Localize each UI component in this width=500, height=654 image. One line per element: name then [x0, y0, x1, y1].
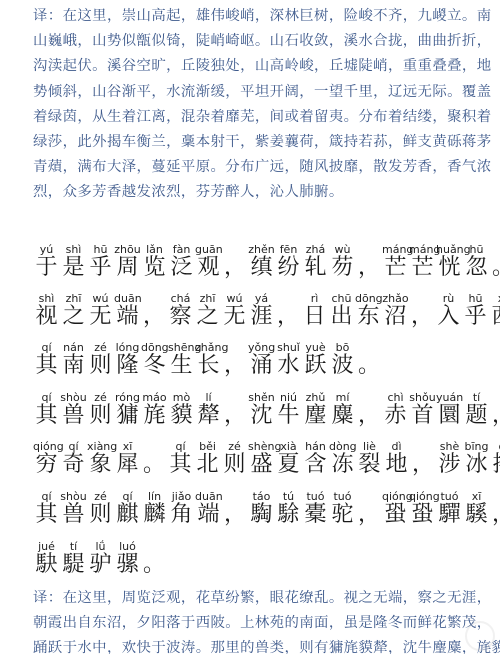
verse-character: shòu兽	[60, 490, 87, 527]
hanzi-character: 冻	[329, 453, 356, 477]
verse-character: yá涯	[248, 292, 275, 329]
verse-punctuation: ，	[141, 292, 167, 329]
verse-character: qí其	[33, 490, 60, 527]
hanzi-character: 揭	[490, 453, 500, 477]
hanzi-character: 无	[221, 305, 248, 329]
verse-character: wù芴	[329, 243, 356, 280]
verse-character: zhěn缜	[248, 243, 275, 280]
translation-line: 势倾斜，山谷渐平，水流渐缓，平坦开阔，一望千里，辽远无际。覆盖	[33, 80, 473, 105]
verse-character: qí其	[33, 391, 60, 428]
hanzi-character: 隆	[114, 354, 141, 378]
verse-punctuation: ，	[275, 292, 301, 329]
verse-line: qí其shòu兽zé则róng㺎máo旄mò貘lí犛，shěn沈niú牛zhǔ麈…	[33, 391, 500, 428]
watermark-logo	[440, 614, 500, 654]
translation-line: 译：在这里，周览泛观，花草纷繁，眼花缭乱。视之无端，察之无涯，	[33, 586, 473, 611]
verse-character: xiàng象	[87, 440, 114, 477]
verse-character: dòng冻	[329, 440, 356, 477]
verse-character: rù入	[435, 292, 462, 329]
hanzi-character: 轧	[302, 256, 329, 280]
hanzi-character: 长	[195, 354, 222, 378]
hanzi-character: 㺎	[114, 404, 141, 428]
verse-character: shòu兽	[60, 391, 87, 428]
verse-character: mí麋	[329, 391, 356, 428]
verse-character: wú无	[87, 292, 114, 329]
hanzi-character: 端	[114, 305, 141, 329]
verse-character: bīng冰	[463, 440, 490, 477]
verse-line: yú于shì是hū乎zhōu周lǎn览fàn泛guān观，zhěn缜fēn纷zh…	[33, 243, 500, 280]
verse-character: zhōu周	[114, 243, 141, 280]
verse-character: tí题	[463, 391, 490, 428]
hanzi-character: 览	[141, 256, 168, 280]
hanzi-character: ，	[356, 256, 382, 280]
hanzi-character: 端	[195, 503, 222, 527]
hanzi-character: 入	[435, 305, 462, 329]
verse-punctuation: ，	[222, 391, 248, 428]
verse-character: lín麟	[141, 490, 168, 527]
translation-line: 译：在这里，崇山高起，雄伟峻峭，深林巨树，险峻不齐，九嵕立。南	[33, 4, 473, 29]
verse-character: xià夏	[275, 440, 302, 477]
hanzi-character: 视	[33, 305, 60, 329]
translation-line: 着绿茵，从生着江离，混杂着靡芜，间或着留夷。分布着结缕，聚积着	[33, 105, 473, 130]
hanzi-character: 则	[87, 354, 114, 378]
hanzi-character: 观	[195, 256, 222, 280]
verse-character: rì日	[301, 292, 328, 329]
hanzi-character: ，	[410, 453, 436, 477]
verse-character: shì是	[60, 243, 87, 280]
verse-character: zhǎng长	[195, 341, 222, 378]
translation-line: 朝霞出自东沼，夕阳落于西陂。上林苑的南面，虽是隆冬而鲜花繁茂，	[33, 611, 473, 636]
verse-character: qí麒	[114, 490, 141, 527]
verse-character: chì赤	[382, 391, 409, 428]
hanzi-character: 其	[33, 354, 60, 378]
hanzi-character: 。	[490, 256, 500, 280]
hanzi-character: 赤	[382, 404, 409, 428]
hanzi-character: 泛	[168, 256, 195, 280]
verse-character: hán含	[302, 440, 329, 477]
verse-character: xī犀	[114, 440, 141, 477]
verse-character: shè涉	[436, 440, 463, 477]
hanzi-character: 夏	[275, 453, 302, 477]
hanzi-character: 貘	[168, 404, 195, 428]
hanzi-character: 驒	[436, 503, 463, 527]
verse-character: bō波	[329, 341, 356, 378]
verse-character: táo騊	[248, 490, 275, 527]
hanzi-character: 是	[60, 256, 87, 280]
hanzi-character: 驼	[329, 503, 356, 527]
verse-character: qí其	[33, 341, 60, 378]
verse-character: zé则	[87, 490, 114, 527]
hanzi-character: 麒	[114, 503, 141, 527]
hanzi-character: 牛	[275, 404, 302, 428]
hanzi-character: 忽	[463, 256, 490, 280]
hanzi-character: 。	[141, 453, 167, 477]
verse-punctuation: ，	[222, 243, 248, 280]
hanzi-character: 旄	[141, 404, 168, 428]
verse-punctuation: ，	[222, 490, 248, 527]
verse-character: zhī之	[194, 292, 221, 329]
verse-punctuation: ，	[222, 341, 248, 378]
translation-line: 踊跃于水中，欢快于波涛。那里的兽类，则有㺎旄貘犛，沈牛麈麋，旄貘	[33, 636, 473, 654]
hanzi-character: 之	[194, 305, 221, 329]
verse-character: zhá轧	[302, 243, 329, 280]
hanzi-character: 则	[221, 453, 248, 477]
hanzi-character: ，	[141, 305, 167, 329]
hanzi-character: 西	[489, 305, 500, 329]
hanzi-character: ，	[356, 404, 382, 428]
verse-line: qí其nán南zé则lóng隆dōng冬shēng生zhǎng长，yǒng涌sh…	[33, 341, 382, 378]
hanzi-character: 其	[167, 453, 194, 477]
document-page: 译：在这里，崇山高起，雄伟峻峭，深林巨树，险峻不齐，九嵕立。南 山巍峨，山势似甑…	[0, 0, 500, 654]
verse-line: qí其shòu兽zé则qí麒lín麟jiǎo角duān端，táo騊tú駼tuó橐…	[33, 490, 500, 527]
hanzi-character: 冰	[463, 453, 490, 477]
verse-character: duān端	[195, 490, 222, 527]
verse-character: qì揭	[490, 440, 500, 477]
hanzi-character: 芒	[409, 256, 436, 280]
hanzi-character: ，	[222, 256, 248, 280]
verse-character: qióng穷	[33, 440, 60, 477]
hanzi-character: 橐	[302, 503, 329, 527]
hanzi-character: 麈	[302, 404, 329, 428]
verse-character: liè裂	[356, 440, 383, 477]
verse-character: tuó驼	[329, 490, 356, 527]
verse-character: shěn沈	[248, 391, 275, 428]
verse-character: hū乎	[462, 292, 489, 329]
hanzi-character: 北	[194, 453, 221, 477]
hanzi-character: 于	[33, 256, 60, 280]
verse-character: qí奇	[60, 440, 87, 477]
verse-character: tí騠	[60, 540, 87, 577]
hanzi-character: 騱	[463, 503, 490, 527]
verse-character: dì地	[383, 440, 410, 477]
verse-punctuation: ，	[409, 292, 435, 329]
verse-character: shì视	[33, 292, 60, 329]
hanzi-character: 兽	[60, 404, 87, 428]
hanzi-character: 裂	[356, 453, 383, 477]
verse-character: nán南	[60, 341, 87, 378]
verse-character: fēn纷	[275, 243, 302, 280]
verse-character: chá察	[167, 292, 194, 329]
hanzi-character: ，	[222, 354, 248, 378]
verse-character: lóng隆	[114, 341, 141, 378]
hanzi-character: ，	[409, 305, 435, 329]
translation-line: 烈，众多芳香越发浓烈，芬芳醉人，沁人肺腑。	[33, 180, 473, 205]
verse-character: tuó驒	[436, 490, 463, 527]
hanzi-character: 麟	[141, 503, 168, 527]
verse-character: dōng冬	[141, 341, 168, 378]
hanzi-character: 騊	[248, 503, 275, 527]
verse-character: zé则	[221, 440, 248, 477]
verse-character: zé则	[87, 391, 114, 428]
verse-punctuation: ，	[490, 490, 500, 527]
hanzi-character: 蛩	[382, 503, 409, 527]
hanzi-character: 芴	[329, 256, 356, 280]
hanzi-character: 駼	[275, 503, 302, 527]
verse-character: mò貘	[168, 391, 195, 428]
verse-punctuation: 。	[356, 341, 382, 378]
hanzi-character: 周	[114, 256, 141, 280]
hanzi-character: 芒	[382, 256, 409, 280]
verse-line: jué駃tí騠lǘ驴luó骡。	[33, 540, 167, 577]
hanzi-character: 盛	[248, 453, 275, 477]
hanzi-character: 东	[355, 305, 382, 329]
hanzi-character: 涌	[248, 354, 275, 378]
hanzi-character: ，	[222, 503, 248, 527]
hanzi-character: 纷	[275, 256, 302, 280]
verse-character: zhǔ麈	[302, 391, 329, 428]
hanzi-character: 其	[33, 503, 60, 527]
hanzi-character: 波	[329, 354, 356, 378]
verse-character: róng㺎	[114, 391, 141, 428]
hanzi-character: 南	[60, 354, 87, 378]
verse-punctuation: ，	[356, 391, 382, 428]
verse-character: tú駼	[275, 490, 302, 527]
verse-punctuation: 。	[490, 243, 500, 280]
translation-paragraph-top: 译：在这里，崇山高起，雄伟峻峭，深林巨树，险峻不齐，九嵕立。南 山巍峨，山势似甑…	[33, 4, 473, 206]
translation-paragraph-bottom: 译：在这里，周览泛观，花草纷繁，眼花缭乱。视之无端，察之无涯， 朝霞出自东沼，夕…	[33, 586, 473, 654]
verse-character: qióng蛩	[409, 490, 436, 527]
hanzi-character: 沼	[382, 305, 409, 329]
verse-character: zhī之	[60, 292, 87, 329]
hanzi-character: ，	[356, 503, 382, 527]
verse-character: hū乎	[87, 243, 114, 280]
verse-punctuation: ，	[490, 391, 500, 428]
hanzi-character: 奇	[60, 453, 87, 477]
hanzi-character: ，	[222, 404, 248, 428]
verse-character: shēng生	[168, 341, 195, 378]
verse-character: máng芒	[409, 243, 436, 280]
hanzi-character: 生	[168, 354, 195, 378]
hanzi-character: 缜	[248, 256, 275, 280]
verse-character: wú无	[221, 292, 248, 329]
hanzi-character: 驴	[87, 553, 114, 577]
hanzi-character: 兽	[60, 503, 87, 527]
hanzi-character: 其	[33, 404, 60, 428]
verse-line: qióng穷qí奇xiàng象xī犀。qí其běi北zé则shèng盛xià夏h…	[33, 440, 500, 477]
hanzi-character: 角	[168, 503, 195, 527]
verse-character: hū忽	[463, 243, 490, 280]
hanzi-character: 。	[141, 553, 167, 577]
verse-character: huǎng恍	[436, 243, 463, 280]
verse-character: xī騱	[463, 490, 490, 527]
verse-character: chū出	[328, 292, 355, 329]
verse-character: dōng东	[355, 292, 382, 329]
hanzi-character: ，	[275, 305, 301, 329]
verse-punctuation: ，	[410, 440, 436, 477]
verse-character: jiǎo角	[168, 490, 195, 527]
hanzi-character: 乎	[87, 256, 114, 280]
hanzi-character: 冬	[141, 354, 168, 378]
hanzi-character: 騠	[60, 553, 87, 577]
verse-character: shǒu首	[409, 391, 436, 428]
verse-character: yú于	[33, 243, 60, 280]
verse-punctuation: 。	[141, 540, 167, 577]
translation-line: 绿莎，此外揭车衡兰，稾本射干，紫姜蘘荷，箴持若荪，鲜支黄砾蒋茅	[33, 130, 473, 155]
verse-punctuation: ，	[356, 490, 382, 527]
verse-character: lǘ驴	[87, 540, 114, 577]
hanzi-character: 则	[87, 404, 114, 428]
hanzi-character: 跃	[302, 354, 329, 378]
hanzi-character: 含	[302, 453, 329, 477]
hanzi-character: 駃	[33, 553, 60, 577]
translation-line: 青薠，满布大泽，蔓延平原。分布广远，随风披靡，散发芳香，香气浓	[33, 155, 473, 180]
hanzi-character: 犀	[114, 453, 141, 477]
translation-line: 沟渎起伏。溪谷空旷，丘陵独处，山高岭峻，丘墟陡峭，重重叠叠，地	[33, 54, 473, 79]
verse-character: yǒng涌	[248, 341, 275, 378]
verse-character: fàn泛	[168, 243, 195, 280]
verse-character: tuó橐	[302, 490, 329, 527]
hanzi-character: 水	[275, 354, 302, 378]
verse-character: shuǐ水	[275, 341, 302, 378]
hanzi-character: 圜	[436, 404, 463, 428]
hanzi-character: 察	[167, 305, 194, 329]
verse-character: lǎn览	[141, 243, 168, 280]
hanzi-character: 犛	[195, 404, 222, 428]
hanzi-character: 恍	[436, 256, 463, 280]
hanzi-character: 。	[356, 354, 382, 378]
hanzi-character: 日	[301, 305, 328, 329]
hanzi-character: 地	[383, 453, 410, 477]
verse-character: jué駃	[33, 540, 60, 577]
verse-character: běi北	[194, 440, 221, 477]
hanzi-character: 无	[87, 305, 114, 329]
verse-character: máng芒	[382, 243, 409, 280]
hanzi-character: 沈	[248, 404, 275, 428]
hanzi-character: 题	[463, 404, 490, 428]
verse-character: zé则	[87, 341, 114, 378]
hanzi-character: 涯	[248, 305, 275, 329]
verse-character: qí其	[167, 440, 194, 477]
hanzi-character: 涉	[436, 453, 463, 477]
verse-character: niú牛	[275, 391, 302, 428]
hanzi-character: 出	[328, 305, 355, 329]
hanzi-character: 骡	[114, 553, 141, 577]
hanzi-character: ，	[490, 503, 500, 527]
verse-character: xī西	[489, 292, 500, 329]
verse-character: qióng蛩	[382, 490, 409, 527]
translation-line: 山巍峨，山势似甑似锜，陡峭崎岖。山石收敛，溪水合拢，曲曲折折，	[33, 29, 473, 54]
hanzi-character: 象	[87, 453, 114, 477]
verse-punctuation: ，	[356, 243, 382, 280]
verse-character: lí犛	[195, 391, 222, 428]
verse-character: shèng盛	[248, 440, 275, 477]
hanzi-character: 蛩	[409, 503, 436, 527]
hanzi-character: 则	[87, 503, 114, 527]
hanzi-character: 麋	[329, 404, 356, 428]
hanzi-character: ，	[490, 404, 500, 428]
verse-character: yuè跃	[302, 341, 329, 378]
verse-character: zhǎo沼	[382, 292, 409, 329]
verse-character: duān端	[114, 292, 141, 329]
verse-punctuation: 。	[141, 440, 167, 477]
verse-line: shì视zhī之wú无duān端，chá察zhī之wú无yá涯，rì日chū出d…	[33, 292, 500, 329]
hanzi-character: 乎	[462, 305, 489, 329]
verse-character: yuán圜	[436, 391, 463, 428]
verse-character: guān观	[195, 243, 222, 280]
hanzi-character: 穷	[33, 453, 60, 477]
verse-character: luó骡	[114, 540, 141, 577]
hanzi-character: 之	[60, 305, 87, 329]
hanzi-character: 首	[409, 404, 436, 428]
verse-character: máo旄	[141, 391, 168, 428]
